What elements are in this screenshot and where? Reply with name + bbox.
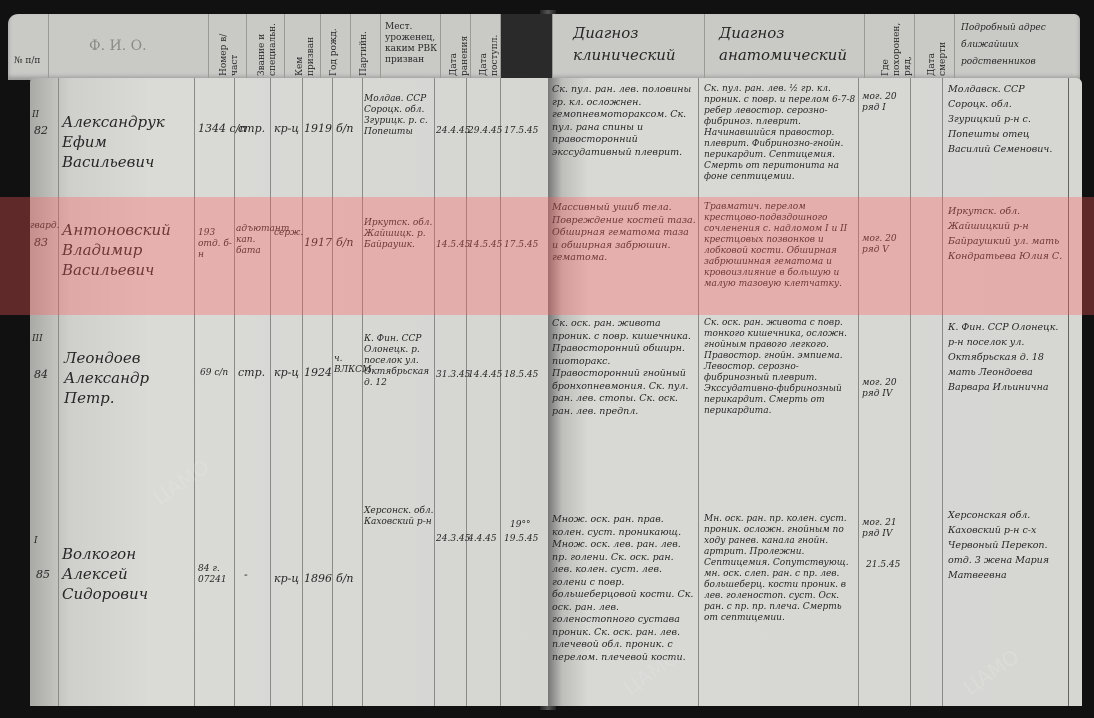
header-diag-clin: Диагноз клинический [552,14,705,80]
right-page: Ск. пул. ран. лев. половины гр. кл. осло… [548,78,1082,706]
header-name: Ф. И. О. [48,14,209,80]
header-origin: Мест. уроженец, каким РВК призван [380,14,441,80]
header-unit: Номер в/част [208,14,247,80]
header-spine-gap [500,14,553,80]
header-relatives: Подробный адрес ближайших родственников [954,14,1081,80]
header-date-wound: Дата ранения [440,14,471,80]
header-party: Партийн. [350,14,381,80]
header-rank: Звание и специальн. [246,14,285,80]
header-diag-anat: Диагноз анатомический [704,14,865,80]
left-page: II 82 Александрук Ефим Васильевич 1344 с… [30,78,550,706]
header-death: Дата смерти [914,14,955,80]
header-date-admit: Дата поступл. [470,14,501,80]
column-header-flap: № п/п Ф. И. О. Номер в/част Звание и спе… [8,14,1080,80]
header-birth-year: Год рожд. [320,14,351,80]
header-num: № п/п [8,14,48,80]
header-grave: Где похоронен, ряд, могила [864,14,915,80]
header-status: Кем призван [284,14,321,80]
